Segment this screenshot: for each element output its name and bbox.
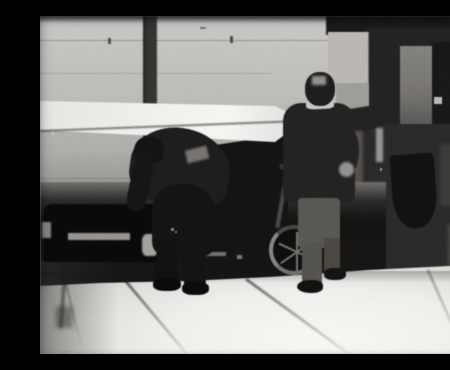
cart-highlight bbox=[68, 233, 130, 240]
wall-mark bbox=[230, 36, 233, 43]
cart-highlight bbox=[42, 222, 51, 238]
wall-seam bbox=[40, 40, 328, 41]
film-dust-speck bbox=[171, 228, 174, 231]
door-plate bbox=[434, 97, 442, 104]
barrow-axle-highlight bbox=[237, 255, 242, 259]
film-dust-speck bbox=[52, 131, 54, 135]
crane-cab-doorway bbox=[400, 46, 432, 132]
wall-mark bbox=[200, 27, 206, 29]
wall-mark bbox=[108, 38, 111, 44]
film-dust-speck bbox=[380, 168, 382, 171]
crane-cab-corner-pillar bbox=[328, 32, 368, 85]
standing-worker-hair-highlight bbox=[312, 76, 326, 85]
machinery-shade bbox=[440, 144, 450, 206]
crane-cab-door bbox=[432, 42, 450, 138]
wall-seam bbox=[40, 178, 136, 179]
bending-worker-foot bbox=[153, 278, 181, 291]
film-still-photo bbox=[40, 16, 450, 354]
film-dust-speck bbox=[175, 231, 177, 233]
standing-worker-hand bbox=[339, 162, 354, 177]
standing-worker-foot bbox=[297, 280, 323, 293]
scene-layers bbox=[40, 16, 450, 354]
machinery-highlight bbox=[376, 128, 383, 162]
bending-worker-foot bbox=[182, 282, 209, 295]
standing-worker-foot bbox=[324, 268, 346, 280]
film-dust-speck bbox=[92, 317, 94, 319]
ground-shadow-edge bbox=[40, 271, 450, 283]
